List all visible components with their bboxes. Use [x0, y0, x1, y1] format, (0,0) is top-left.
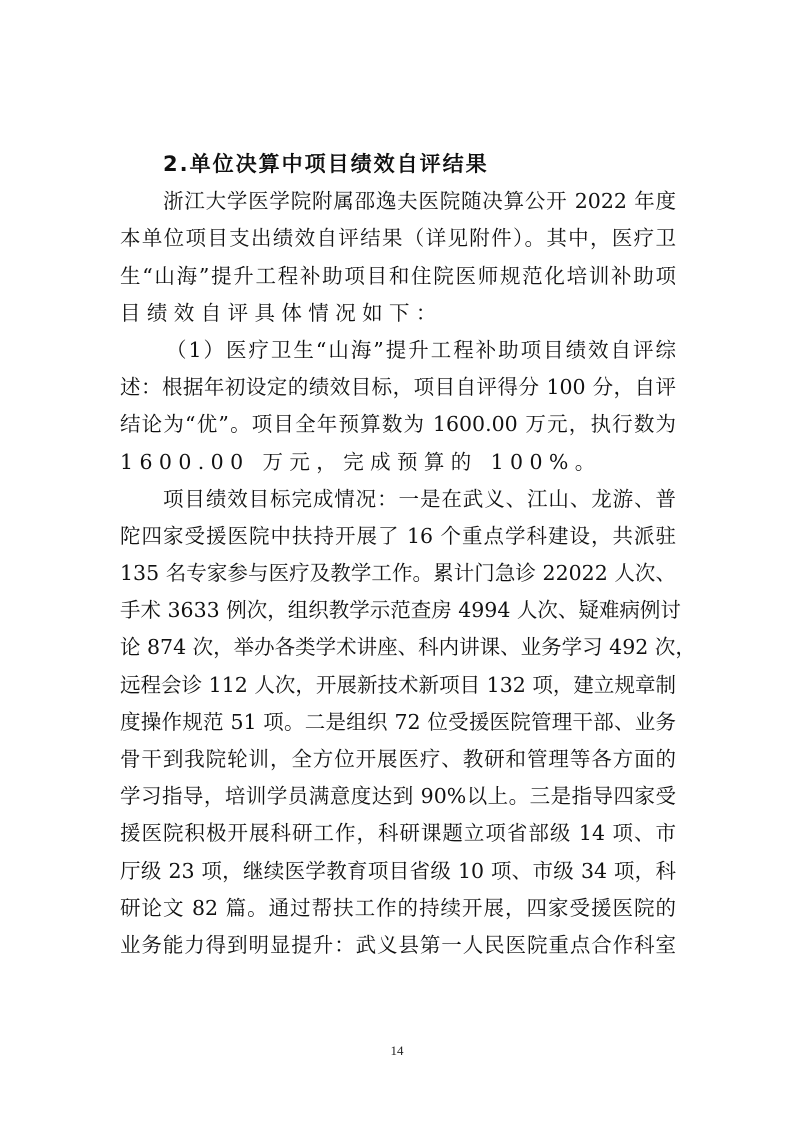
paragraph-line: 项目绩效目标完成情况：一是在武义、江山、龙游、普: [120, 481, 676, 518]
paragraph-line: 论 874 次，举办各类学术讲座、科内讲课、业务学习 492 次，: [120, 629, 676, 666]
paragraph-intro: 浙江大学医学院附属邵逸夫医院随决算公开 2022 年度 本单位项目支出绩效自评结…: [120, 183, 676, 332]
paragraph-line: 援医院积极开展科研工作，科研课题立项省部级 14 项、市: [120, 815, 676, 852]
paragraph-line: 骨干到我院轮训，全方位开展医疗、教研和管理等各方面的: [120, 741, 676, 778]
paragraph-line: 结论为“优”。项目全年预算数为 1600.00 万元，执行数为: [120, 406, 676, 443]
paragraph-line: 学习指导，培训学员满意度达到 90%以上。三是指导四家受: [120, 778, 676, 815]
paragraph-line: 业务能力得到明显提升：武义县第一人民医院重点合作科室: [120, 927, 676, 964]
section-heading: 2.单位决算中项目绩效自评结果: [120, 146, 676, 183]
paragraph-line: 远程会诊 112 人次，开展新技术新项目 132 项，建立规章制: [120, 667, 676, 704]
paragraph-line: 陀四家受援医院中扶持开展了 16 个重点学科建设，共派驻: [120, 518, 676, 555]
paragraph-line: 厅级 23 项，继续医学教育项目省级 10 项、市级 34 项，科: [120, 853, 676, 890]
document-page: 2.单位决算中项目绩效自评结果 浙江大学医学院附属邵逸夫医院随决算公开 2022…: [0, 0, 794, 1123]
paragraph-line: 目绩效自评具体情况如下：: [120, 295, 676, 332]
paragraph-summary: （1）医疗卫生“山海”提升工程补助项目绩效自评综 述：根据年初设定的绩效目标，项…: [120, 332, 676, 481]
page-number: 14: [0, 1043, 794, 1059]
paragraph-line: 1600.00 万元，完成预算的 100%。: [120, 444, 676, 481]
paragraph-line: 研论文 82 篇。通过帮扶工作的持续开展，四家受援医院的: [120, 890, 676, 927]
paragraph-goals: 项目绩效目标完成情况：一是在武义、江山、龙游、普 陀四家受援医院中扶持开展了 1…: [120, 481, 676, 964]
paragraph-line: 135 名专家参与医疗及教学工作。累计门急诊 22022 人次、: [120, 555, 676, 592]
paragraph-line: 浙江大学医学院附属邵逸夫医院随决算公开 2022 年度: [120, 183, 676, 220]
document-body: 2.单位决算中项目绩效自评结果 浙江大学医学院附属邵逸夫医院随决算公开 2022…: [120, 146, 676, 964]
paragraph-line: 本单位项目支出绩效自评结果（详见附件）。其中，医疗卫: [120, 220, 676, 257]
paragraph-line: （1）医疗卫生“山海”提升工程补助项目绩效自评综: [120, 332, 676, 369]
paragraph-line: 度操作规范 51 项。二是组织 72 位受援医院管理干部、业务: [120, 704, 676, 741]
paragraph-line: 生“山海”提升工程补助项目和住院医师规范化培训补助项: [120, 258, 676, 295]
paragraph-line: 手术 3633 例次，组织教学示范查房 4994 人次、疑难病例讨: [120, 592, 676, 629]
paragraph-line: 述：根据年初设定的绩效目标，项目自评得分 100 分，自评: [120, 369, 676, 406]
